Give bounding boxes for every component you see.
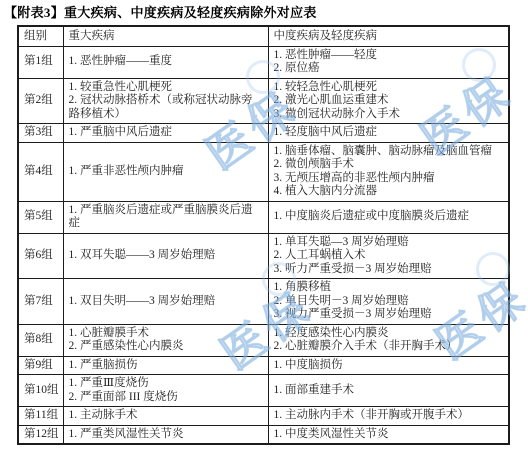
disease-item: 2. 微创颅脑手术 (274, 158, 505, 172)
disease-item: 2. 严重面部 III 度烧伤 (69, 391, 264, 405)
disease-item: 2. 人工耳蜗植入术 (274, 249, 505, 263)
table-row: 第4组 1. 严重非恶性颅内肿瘤 1. 脑垂体瘤、脑囊肿、脑动脉瘤及脑血管瘤2.… (18, 142, 509, 201)
moderate-mild-disease-cell: 1. 中度类风湿性关节炎 (268, 425, 509, 444)
disease-item: 1. 轻度感染性心内膜炎 (274, 327, 505, 341)
major-disease-cell: 1. 双耳失聪——3 周岁始理赔 (63, 233, 268, 279)
major-disease-cell: 1. 恶性肿瘤——重度 (63, 46, 268, 78)
moderate-mild-disease-cell: 1. 面部重建手术 (268, 375, 509, 407)
disease-item: 3. 微创冠状动脉介入手术 (274, 108, 505, 122)
group-cell: 第3组 (18, 124, 63, 143)
group-cell: 第12组 (18, 425, 63, 444)
major-disease-cell: 1. 严重脑中风后遗症 (63, 124, 268, 143)
table-row: 第12组 1. 严重类风湿性关节炎 1. 中度类风湿性关节炎 (18, 425, 509, 444)
moderate-mild-disease-cell: 1. 中度脑损伤 (268, 356, 509, 375)
major-disease-cell: 1. 主动脉手术 (63, 407, 268, 426)
group-cell: 第4组 (18, 142, 63, 201)
table-header-row: 组别 重大疾病 中度疾病及轻度疾病 (18, 26, 509, 46)
disease-item: 2. 单目失明－3 周岁始理赔 (274, 295, 505, 309)
disease-item: 2. 严重感染性心内膜炎 (69, 340, 264, 354)
disease-item: 1. 严重脑炎后遗症或严重脑膜炎后遗症 (69, 204, 264, 231)
disease-item: 1. 中度脑炎后遗症或中度脑膜炎后遗症 (274, 210, 505, 224)
disease-item: 3. 视力严重受损－3 周岁始理赔 (274, 308, 505, 322)
moderate-mild-disease-cell: 1. 角膜移植2. 单目失明－3 周岁始理赔3. 视力严重受损－3 周岁始理赔 (268, 279, 509, 325)
disease-item: 1. 恶性肿瘤——轻度 (274, 49, 505, 63)
table-row: 第11组 1. 主动脉手术 1. 主动脉内手术（非开胸或开腹手术） (18, 407, 509, 426)
major-disease-cell: 1. 双目失明——3 周岁始理赔 (63, 279, 268, 325)
major-disease-cell: 1. 严重Ⅲ度烧伤2. 严重面部 III 度烧伤 (63, 375, 268, 407)
col-header-moderate-mild-disease: 中度疾病及轻度疾病 (268, 26, 509, 46)
moderate-mild-disease-cell: 1. 主动脉内手术（非开胸或开腹手术） (268, 407, 509, 426)
group-cell: 第9组 (18, 356, 63, 375)
table-body: 第1组 1. 恶性肿瘤——重度 1. 恶性肿瘤——轻度2. 原位癌 第2组 1.… (18, 46, 509, 444)
disease-item: 1. 较轻急性心肌梗死 (274, 81, 505, 95)
group-cell: 第5组 (18, 201, 63, 233)
table-row: 第8组 1. 心脏瓣膜手术2. 严重感染性心内膜炎 1. 轻度感染性心内膜炎2.… (18, 324, 509, 356)
disease-item: 1. 严重类风湿性关节炎 (69, 428, 264, 442)
group-cell: 第11组 (18, 407, 63, 426)
disease-item: 3. 听力严重受损－3 周岁始理赔 (274, 263, 505, 277)
disease-correspondence-table: 组别 重大疾病 中度疾病及轻度疾病 第1组 1. 恶性肿瘤——重度 1. 恶性肿… (17, 25, 510, 445)
table-row: 第6组 1. 双耳失聪——3 周岁始理赔 1. 单耳失聪—3 周岁始理赔2. 人… (18, 233, 509, 279)
disease-item: 1. 面部重建手术 (274, 384, 505, 398)
page-title: 【附表3】重大疾病、中度疾病及轻度疾病除外对应表 (0, 0, 528, 25)
disease-item: 2. 原位癌 (274, 62, 505, 76)
disease-item: 1. 双目失明——3 周岁始理赔 (69, 295, 264, 309)
disease-item: 1. 主动脉手术 (69, 409, 264, 423)
table-row: 第10组 1. 严重Ⅲ度烧伤2. 严重面部 III 度烧伤 1. 面部重建手术 (18, 375, 509, 407)
table-row: 第5组 1. 严重脑炎后遗症或严重脑膜炎后遗症 1. 中度脑炎后遗症或中度脑膜炎… (18, 201, 509, 233)
table-row: 第1组 1. 恶性肿瘤——重度 1. 恶性肿瘤——轻度2. 原位癌 (18, 46, 509, 78)
disease-item: 2. 心脏瓣膜介入手术（非开胸手术） (274, 340, 505, 354)
moderate-mild-disease-cell: 1. 脑垂体瘤、脑囊肿、脑动脉瘤及脑血管瘤2. 微创颅脑手术3. 无颅压增高的非… (268, 142, 509, 201)
disease-item: 1. 主动脉内手术（非开胸或开腹手术） (274, 409, 505, 423)
moderate-mild-disease-cell: 1. 轻度脑中风后遗症 (268, 124, 509, 143)
table-row: 第3组 1. 严重脑中风后遗症 1. 轻度脑中风后遗症 (18, 124, 509, 143)
disease-item: 1. 中度脑损伤 (274, 359, 505, 373)
disease-item: 1. 严重Ⅲ度烧伤 (69, 377, 264, 391)
document-page: 医保 医保 医保 医保 【附表3】重大疾病、中度疾病及轻度疾病除外对应表 组别 … (0, 0, 528, 457)
group-cell: 第10组 (18, 375, 63, 407)
moderate-mild-disease-cell: 1. 单耳失聪—3 周岁始理赔2. 人工耳蜗植入术3. 听力严重受损－3 周岁始… (268, 233, 509, 279)
disease-item: 2. 激光心肌血运重建术 (274, 94, 505, 108)
table-row: 第9组 1. 严重脑损伤 1. 中度脑损伤 (18, 356, 509, 375)
disease-item: 1. 心脏瓣膜手术 (69, 327, 264, 341)
disease-item: 1. 轻度脑中风后遗症 (274, 126, 505, 140)
disease-item: 1. 恶性肿瘤——重度 (69, 55, 264, 69)
major-disease-cell: 1. 严重非恶性颅内肿瘤 (63, 142, 268, 201)
disease-item: 1. 双耳失聪——3 周岁始理赔 (69, 249, 264, 263)
disease-item: 3. 无颅压增高的非恶性颅内肿瘤 (274, 172, 505, 186)
disease-item: 1. 严重脑中风后遗症 (69, 126, 264, 140)
disease-item: 1. 角膜移植 (274, 281, 505, 295)
moderate-mild-disease-cell: 1. 中度脑炎后遗症或中度脑膜炎后遗症 (268, 201, 509, 233)
disease-item: 4. 植入大脑内分流器 (274, 185, 505, 199)
major-disease-cell: 1. 严重类风湿性关节炎 (63, 425, 268, 444)
moderate-mild-disease-cell: 1. 轻度感染性心内膜炎2. 心脏瓣膜介入手术（非开胸手术） (268, 324, 509, 356)
major-disease-cell: 1. 严重脑炎后遗症或严重脑膜炎后遗症 (63, 201, 268, 233)
group-cell: 第1组 (18, 46, 63, 78)
disease-item: 1. 中度类风湿性关节炎 (274, 428, 505, 442)
col-header-major-disease: 重大疾病 (63, 26, 268, 46)
disease-item: 2. 冠状动脉搭桥术（或称冠状动脉旁路移植术） (69, 94, 264, 121)
table-row: 第7组 1. 双目失明——3 周岁始理赔 1. 角膜移植2. 单目失明－3 周岁… (18, 279, 509, 325)
major-disease-cell: 1. 较重急性心肌梗死2. 冠状动脉搭桥术（或称冠状动脉旁路移植术） (63, 78, 268, 124)
major-disease-cell: 1. 心脏瓣膜手术2. 严重感染性心内膜炎 (63, 324, 268, 356)
group-cell: 第6组 (18, 233, 63, 279)
disease-item: 1. 严重脑损伤 (69, 359, 264, 373)
table-row: 第2组 1. 较重急性心肌梗死2. 冠状动脉搭桥术（或称冠状动脉旁路移植术） 1… (18, 78, 509, 124)
group-cell: 第2组 (18, 78, 63, 124)
moderate-mild-disease-cell: 1. 较轻急性心肌梗死2. 激光心肌血运重建术3. 微创冠状动脉介入手术 (268, 78, 509, 124)
group-cell: 第7组 (18, 279, 63, 325)
group-cell: 第8组 (18, 324, 63, 356)
disease-item: 1. 单耳失聪—3 周岁始理赔 (274, 236, 505, 250)
disease-item: 1. 脑垂体瘤、脑囊肿、脑动脉瘤及脑血管瘤 (274, 145, 505, 159)
col-header-group: 组别 (18, 26, 63, 46)
disease-item: 1. 较重急性心肌梗死 (69, 81, 264, 95)
disease-item: 1. 严重非恶性颅内肿瘤 (69, 165, 264, 179)
moderate-mild-disease-cell: 1. 恶性肿瘤——轻度2. 原位癌 (268, 46, 509, 78)
major-disease-cell: 1. 严重脑损伤 (63, 356, 268, 375)
